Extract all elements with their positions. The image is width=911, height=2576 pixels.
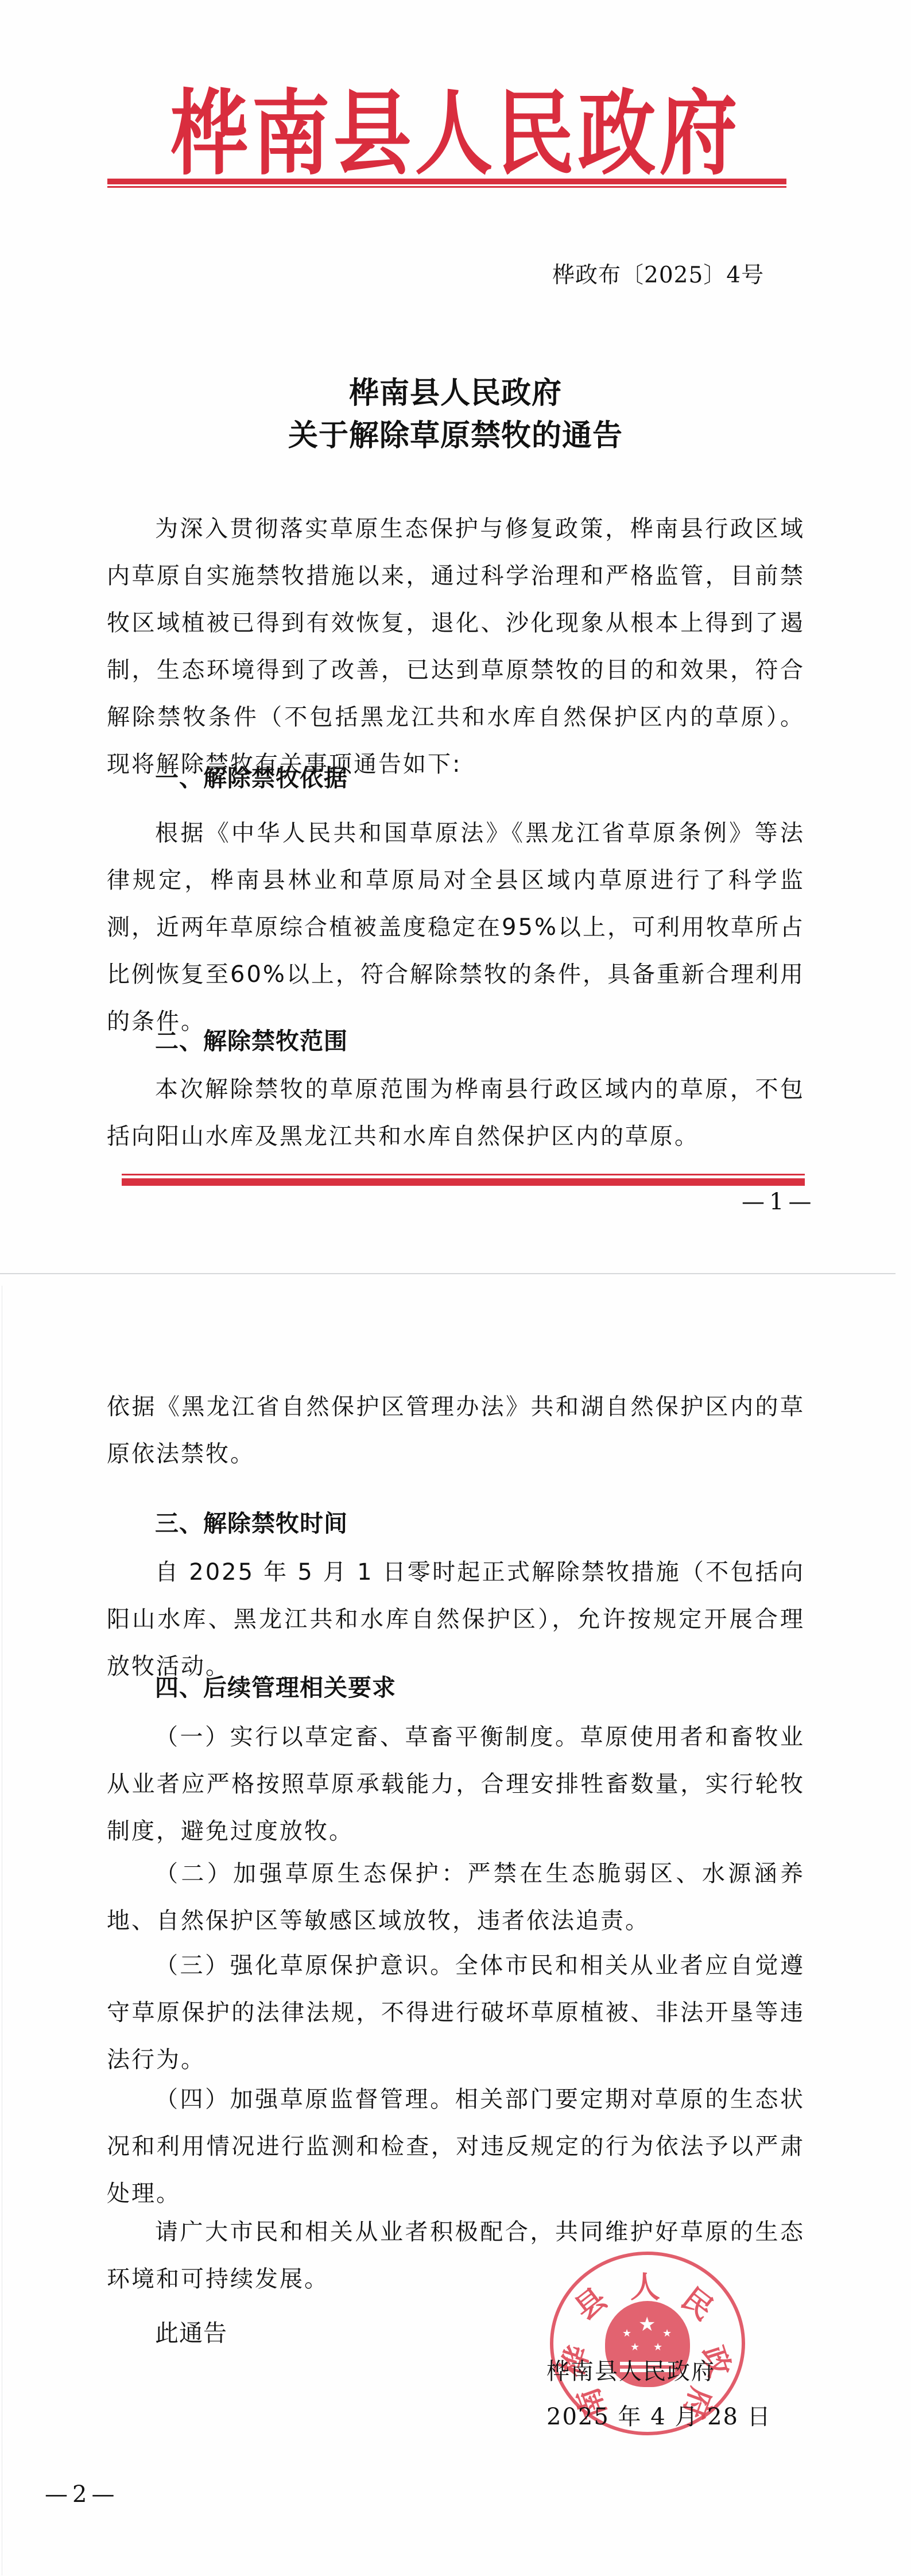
requirement-item-4: （四）加强草原监督管理。相关部门要定期对草原的生态状况和利用情况进行监测和检查，…	[107, 2076, 805, 2217]
page-number-2: —2—	[45, 2481, 119, 2508]
star-icon: ★	[622, 2329, 631, 2339]
notice-end: 此通告	[155, 2314, 227, 2348]
star-icon: ★	[653, 2342, 662, 2353]
requirement-item-2: （二）加强草原生态保护：严禁在生态脆弱区、水源涵养地、自然保护区等敏感区域放牧，…	[107, 1850, 805, 1944]
document-page-2: 依据《黑龙江省自然保护区管理办法》共和湖自然保护区内的草原依法禁牧。 三、解除禁…	[0, 1274, 911, 2576]
document-page-1: 桦南县人民政府 桦政布〔2025〕4号 桦南县人民政府 关于解除草原禁牧的通告 …	[0, 0, 911, 1274]
signature-date: 2025 年 4 月 28 日	[546, 2399, 772, 2431]
section-4-heading: 四、后续管理相关要求	[155, 1669, 396, 1703]
star-icon: ★	[662, 2329, 672, 2339]
section-2-continued: 依据《黑龙江省自然保护区管理办法》共和湖自然保护区内的草原依法禁牧。	[107, 1383, 805, 1477]
page-left-edge	[2, 1286, 2, 2575]
document-title-line-1: 桦南县人民政府	[0, 372, 911, 415]
star-icon: ★	[638, 2315, 656, 2334]
section-2-body: 本次解除禁牧的草原范围为桦南县行政区域内的草原，不包括向阳山水库及黑龙江共和水库…	[107, 1066, 805, 1160]
red-masthead: 桦南县人民政府	[0, 74, 911, 195]
star-icon: ★	[630, 2342, 639, 2353]
document-title-line-2: 关于解除草原禁牧的通告	[0, 415, 911, 457]
footer-thin-rule	[122, 1174, 805, 1175]
requirement-item-3: （三）强化草原保护意识。全体市民和相关从业者应自觉遵守草原保护的法律法规，不得进…	[107, 1942, 805, 2083]
page-number-1: —1—	[742, 1189, 816, 1215]
signature-organization: 桦南县人民政府	[546, 2353, 715, 2386]
section-3-heading: 三、解除禁牧时间	[155, 1504, 348, 1538]
section-1-body: 根据《中华人民共和国草原法》《黑龙江省草原条例》等法律规定，桦南县林业和草原局对…	[107, 810, 805, 1045]
document-number: 桦政布〔2025〕4号	[552, 257, 764, 289]
masthead-thick-rule	[107, 179, 786, 184]
section-2-heading: 二、解除禁牧范围	[155, 1022, 348, 1056]
requirement-item-1: （一）实行以草定畜、草畜平衡制度。草原使用者和畜牧业从业者应严格按照草原承载能力…	[107, 1714, 805, 1855]
seal-char: 人	[630, 2263, 660, 2306]
footer-thick-rule	[122, 1178, 805, 1186]
section-1-heading: 一、解除禁牧依据	[155, 759, 348, 793]
masthead-thin-rule	[107, 186, 786, 188]
intro-paragraph: 为深入贯彻落实草原生态保护与修复政策，桦南县行政区域内草原自实施禁牧措施以来，通…	[107, 505, 805, 788]
